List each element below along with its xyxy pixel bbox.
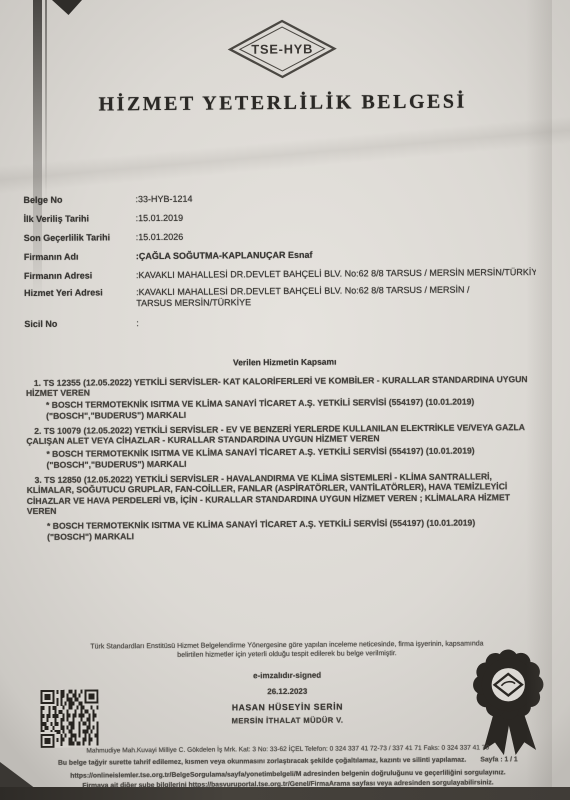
field-value: :ÇAĞLA SOĞUTMA-KAPLANUÇAR Esnaf — [136, 248, 536, 261]
field-row-son-gecerlilik: Son Geçerlilik Tarihi:15.01.2026 — [24, 229, 544, 243]
page-indicator: Sayfa : 1 / 1 — [480, 756, 517, 763]
scope-heading: Verilen Hizmetin Kapsamı — [0, 355, 570, 369]
scope-item-2-brand: * BOSCH TERMOTEKNİK ISITMA VE KLİMA SANA… — [46, 445, 514, 470]
footer-notice: Bu belge tağyir surette tahrif edilemez,… — [58, 757, 466, 767]
photo-bottom-edge — [0, 787, 570, 800]
footer-notice-line: Bu belge tağyir surette tahrif edilemez,… — [3, 756, 570, 767]
field-row-hizmet-yeri-adresi: Hizmet Yeri Adresi:KAVAKLI MAHALLESİ DR.… — [24, 284, 544, 310]
field-value: : — [136, 315, 536, 328]
qr-code — [40, 689, 98, 747]
field-value: :KAVAKLI MAHALLESİ DR.DEVLET BAHÇELİ BLV… — [136, 284, 481, 308]
scope-item-2: 2. TS 10079 (12.05.2022) YETKİLİ SERVİSL… — [26, 422, 536, 447]
paper-crease — [0, 110, 570, 200]
field-label: Sicil No — [24, 318, 136, 329]
scope-item-1: 1. TS 12355 (12.05.2022) YETKİLİ SERVİSL… — [26, 374, 536, 399]
field-row-firma-adi: Firmanın Adı:ÇAĞLA SOĞUTMA-KAPLANUÇAR Es… — [24, 248, 544, 262]
tse-hyb-logo-text: TSE-HYB — [251, 41, 313, 56]
field-value: :15.01.2019 — [136, 210, 536, 223]
scope-item-3: 3. TS 12850 (12.05.2022) YETKİLİ SERVİSL… — [27, 471, 537, 517]
field-value: :KAVAKLI MAHALLESİ DR.DEVLET BAHÇELİ BLV… — [136, 267, 536, 280]
scope-item-1-brand: * BOSCH TERMOTEKNİK ISITMA VE KLİMA SANA… — [46, 396, 514, 421]
field-row-firma-adresi: Firmanın Adresi:KAVAKLI MAHALLESİ DR.DEV… — [24, 267, 544, 281]
field-row-ilk-verilis: İlk Veriliş Tarihi:15.01.2019 — [24, 210, 544, 224]
qr-code-icon — [40, 689, 98, 747]
field-row-sicil-no: Sicil No: — [24, 315, 544, 329]
tse-hyb-diamond-icon: TSE-HYB — [207, 17, 357, 80]
tse-hyb-logo: TSE-HYB — [0, 16, 568, 87]
paper-right-shade — [526, 0, 552, 800]
scope-item-3-brand: * BOSCH TERMOTEKNİK ISITMA VE KLİMA SANA… — [47, 517, 515, 542]
certificate-photo: TSE-HYB HİZMET YETERLİLİK BELGESİ Belge … — [0, 0, 570, 800]
certification-note: Türk Standardları Enstitüsü Hizmet Belge… — [87, 639, 487, 661]
field-value: :15.01.2026 — [136, 229, 536, 242]
